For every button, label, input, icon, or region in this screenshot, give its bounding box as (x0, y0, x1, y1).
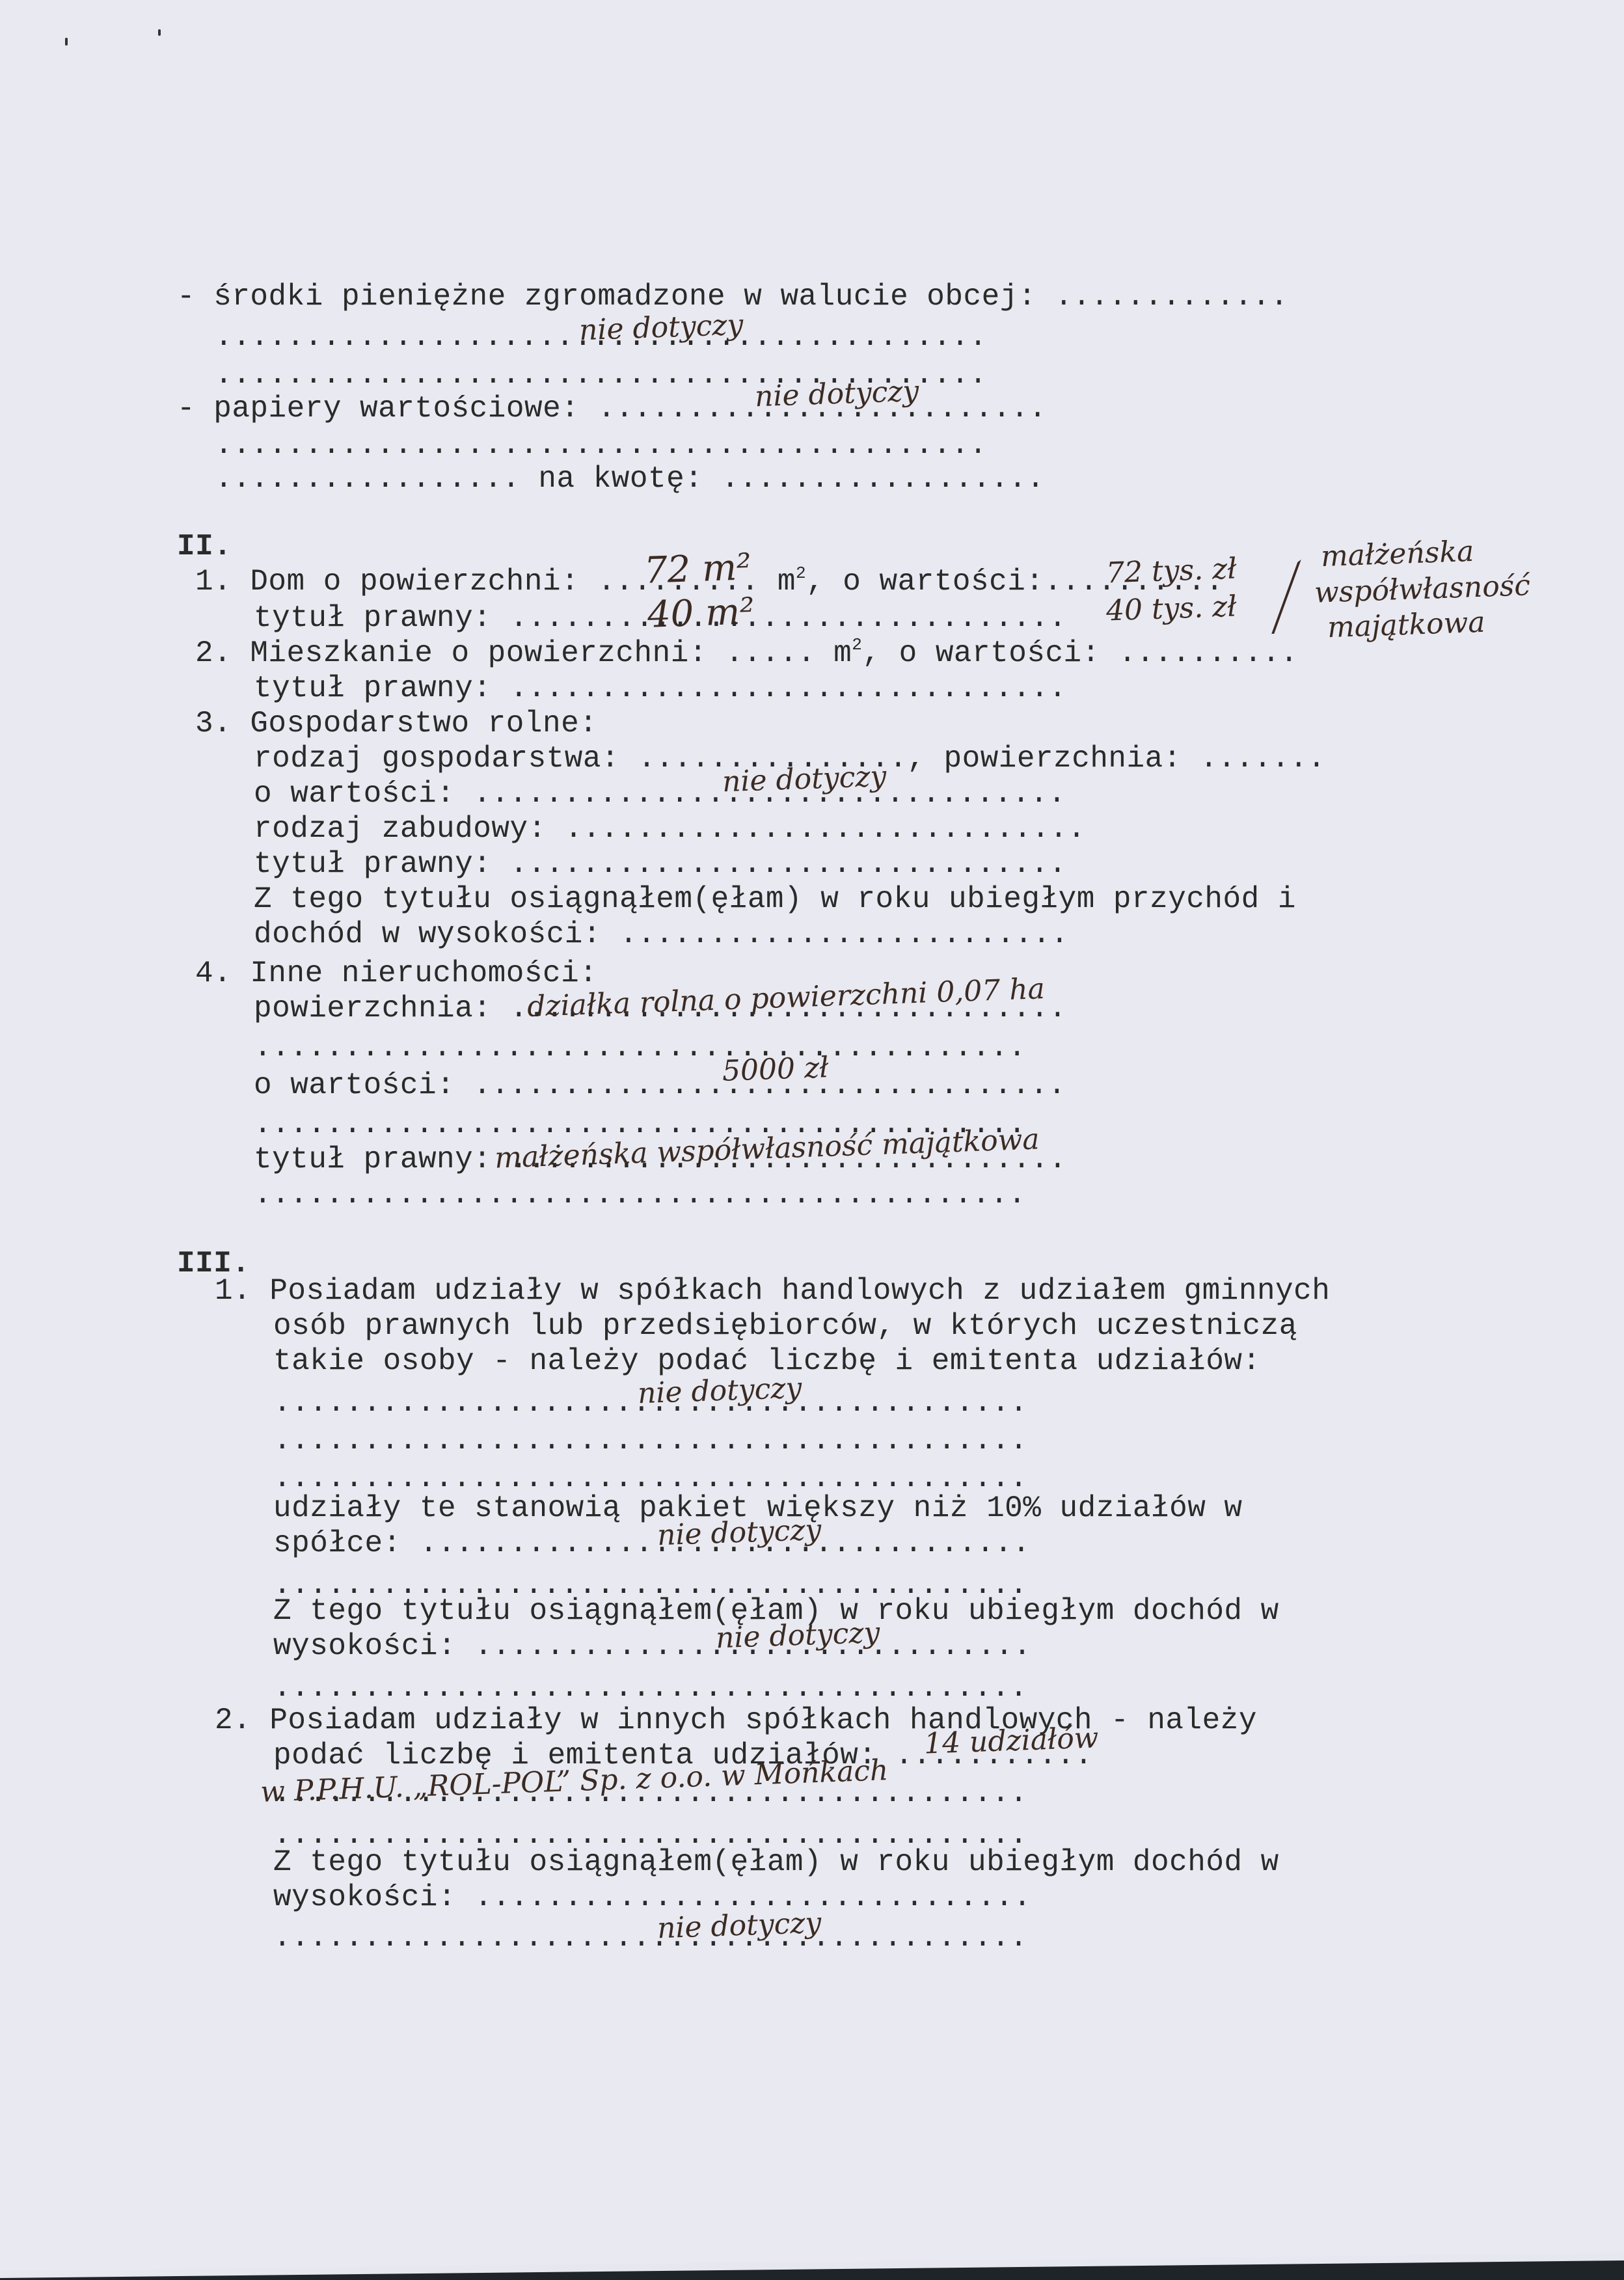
handwritten-shares-2-income: nie dotyczy (656, 1907, 822, 1946)
dotted-line: ........................................… (254, 1176, 1026, 1213)
handwritten-shares-2-count: 14 udziałów (923, 1721, 1099, 1760)
farm-buildings-row: rodzaj zabudowy: .......................… (254, 811, 1085, 847)
farm-heading: 3. Gospodarstwo rolne: (195, 705, 597, 742)
handwritten-house-area-1: 72 m² (643, 546, 752, 592)
dotted-line: ........................................… (273, 1920, 1027, 1956)
other-value-row: o wartości: ............................… (254, 1067, 1066, 1104)
shares-1-income-row: wysokości: .............................… (273, 1628, 1031, 1664)
handwritten-foreign-currency: nie dotyczy (578, 308, 744, 347)
handwritten-house-value-1: 72 tys. zł (1105, 552, 1237, 590)
house-title-row: tytuł prawny: ..........................… (254, 600, 1066, 636)
flat-title-label: tytuł prawny: (254, 672, 491, 705)
flat-row: 2. Mieszkanie o powierzchni: ..... m2, o… (195, 635, 1298, 672)
handwritten-shares-1-income: nie dotyczy (715, 1616, 880, 1655)
farm-type-label: rodzaj gospodarstwa: (254, 742, 619, 776)
amount-row: ................. na kwotę: ............… (215, 461, 1044, 497)
farm-income-label-1: Z tego tytułu osiągnąłem(ęłam) w roku ub… (254, 881, 1296, 917)
handwritten-securities: nie dotyczy (754, 375, 919, 414)
farm-value-row: o wartości: ............................… (254, 776, 1066, 812)
section-ii-heading: II. (177, 528, 232, 565)
shares-2-text-1: 2. Posiadam udziały w innych spółkach ha… (215, 1702, 1257, 1739)
farm-area-label: , powierzchnia: (907, 742, 1182, 776)
farm-value-label: o wartości: (254, 777, 455, 811)
handwritten-house-title-2: współwłasność (1314, 569, 1531, 610)
handwritten-shares-1: nie dotyczy (637, 1372, 802, 1411)
scanned-page: - środki pieniężne zgromadzone w walucie… (0, 0, 1624, 2271)
farm-buildings-label: rodzaj zabudowy: (254, 812, 547, 846)
handwritten-farm-value: nie dotyczy (722, 760, 887, 799)
other-value-label: o wartości: (254, 1068, 455, 1102)
other-property-heading: 4. Inne nieruchomości: (195, 955, 597, 992)
shares-1-income-label-2: wysokości: (273, 1629, 456, 1663)
shares-2-income-label-2: wysokości: (273, 1880, 456, 1914)
foreign-currency-label: - środki pieniężne zgromadzone w walucie… (177, 280, 1036, 314)
handwritten-other-value: 5000 zł (722, 1051, 829, 1088)
handwritten-house-title-1: małżeńska (1320, 535, 1474, 573)
farm-income-label-2: dochód w wysokości: (254, 917, 601, 951)
amount-label: na kwotę: (538, 462, 703, 496)
shares-1-text-2: osób prawnych lub przedsiębiorców, w któ… (273, 1308, 1297, 1344)
dotted-line: ........................................… (273, 1422, 1027, 1459)
package-row: spółce: ................................… (273, 1525, 1030, 1562)
shares-2-income-label-1: Z tego tytułu osiągnąłem(ęłam) w roku ub… (273, 1844, 1279, 1880)
shares-1-text-1: 1. Posiadam udziały w spółkach handlowyc… (215, 1273, 1330, 1309)
scan-speck (65, 38, 68, 46)
securities-label: - papiery wartościowe: (177, 392, 579, 426)
other-area-label: powierzchnia: (254, 992, 491, 1025)
package-label-2: spółce: (273, 1527, 401, 1560)
other-title-label: tytuł prawny: (254, 1143, 491, 1176)
handwritten-house-value-2: 40 tys. zł (1105, 590, 1237, 628)
house-title-label: tytuł prawny: (254, 601, 491, 635)
handwritten-package: nie dotyczy (656, 1513, 822, 1553)
dotted-line: ........................................… (215, 427, 987, 463)
dotted-line: ........................................… (273, 1670, 1027, 1706)
shares-2-income-row: wysokości: .............................… (273, 1879, 1031, 1916)
brace-mark (1245, 560, 1301, 634)
flat-label: 2. Mieszkanie o powierzchni: (195, 636, 707, 670)
dotted-line: ........................................… (254, 1029, 1026, 1066)
house-label: 1. Dom o powierzchni: (195, 565, 579, 599)
farm-title-label: tytuł prawny: (254, 847, 491, 881)
handwritten-house-title-3: majątkowa (1327, 606, 1485, 644)
flat-title-row: tytuł prawny: ..........................… (254, 670, 1066, 707)
scan-speck (158, 29, 161, 36)
farm-title-row: tytuł prawny: ..........................… (254, 846, 1066, 882)
farm-income-row: dochód w wysokości: ....................… (254, 916, 1068, 953)
